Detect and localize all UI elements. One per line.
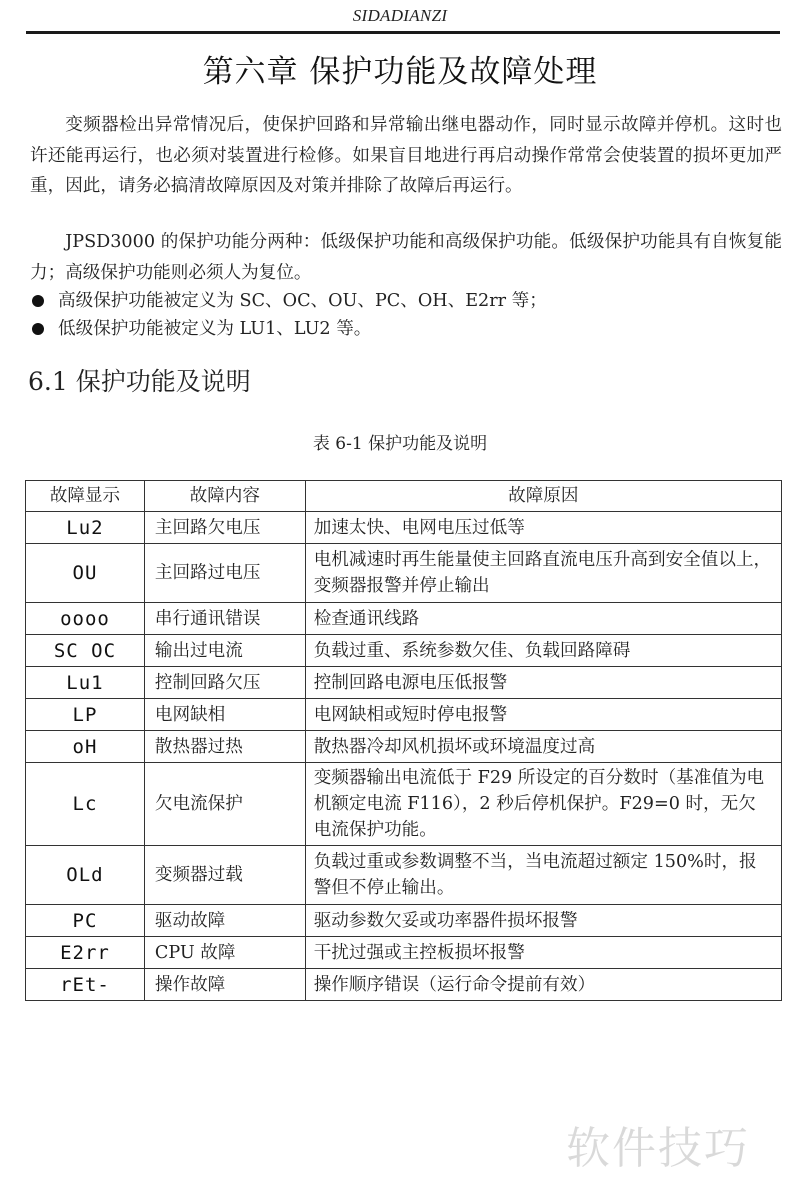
fault-content: 电网缺相: [144, 699, 305, 731]
bullet-icon: [32, 323, 44, 335]
fault-content: 散热器过热: [144, 731, 305, 763]
table-row: oH 散热器过热 散热器冷却风机损坏或环境温度过高: [26, 731, 782, 763]
fault-reason: 电机减速时再生能量使主回路直流电压升高到安全值以上，变频器报警并停止输出: [305, 544, 781, 603]
fault-code: OU: [26, 544, 145, 603]
protection-level-list: 高级保护功能被定义为 SC、OC、OU、PC、OH、E2rr 等； 低级保护功能…: [30, 287, 782, 343]
header-fault-display: 故障显示: [26, 481, 145, 512]
fault-code: Lu1: [26, 667, 145, 699]
fault-reason: 变频器输出电流低于 F29 所设定的百分数时（基准值为电机额定电流 F116），…: [305, 763, 781, 846]
fault-code: rEt-: [26, 969, 145, 1001]
table-row: E2rr CPU 故障 干扰过强或主控板损坏报警: [26, 937, 782, 969]
fault-reason: 检查通讯线路: [305, 603, 781, 635]
list-item: 低级保护功能被定义为 LU1、LU2 等。: [30, 315, 782, 343]
fault-content: 驱动故障: [144, 905, 305, 937]
table-row: rEt- 操作故障 操作顺序错误（运行命令提前有效）: [26, 969, 782, 1001]
fault-code: PC: [26, 905, 145, 937]
fault-content: 欠电流保护: [144, 763, 305, 846]
section-title: 6.1 保护功能及说明: [28, 362, 251, 398]
header-fault-reason: 故障原因: [305, 481, 781, 512]
fault-content: 串行通讯错误: [144, 603, 305, 635]
fault-content: 变频器过载: [144, 846, 305, 905]
table-row: Lu2 主回路欠电压 加速太快、电网电压过低等: [26, 512, 782, 544]
bullet-text: 高级保护功能被定义为 SC、OC、OU、PC、OH、E2rr 等；: [58, 287, 547, 315]
fault-code: oooo: [26, 603, 145, 635]
table-row: OLd 变频器过载 负载过重或参数调整不当，当电流超过额定 150%时，报警但不…: [26, 846, 782, 905]
list-item: 高级保护功能被定义为 SC、OC、OU、PC、OH、E2rr 等；: [30, 287, 782, 315]
fault-code: LP: [26, 699, 145, 731]
header-fault-content: 故障内容: [144, 481, 305, 512]
table-row: Lc 欠电流保护 变频器输出电流低于 F29 所设定的百分数时（基准值为电机额定…: [26, 763, 782, 846]
bullet-text: 低级保护功能被定义为 LU1、LU2 等。: [58, 315, 371, 343]
watermark: 软件技巧: [566, 1112, 750, 1176]
table-row: SC OC 输出过电流 负载过重、系统参数欠佳、负载回路障碍: [26, 635, 782, 667]
fault-reason: 控制回路电源电压低报警: [305, 667, 781, 699]
fault-reason: 负载过重或参数调整不当，当电流超过额定 150%时，报警但不停止输出。: [305, 846, 781, 905]
fault-content: CPU 故障: [144, 937, 305, 969]
table-row: LP 电网缺相 电网缺相或短时停电报警: [26, 699, 782, 731]
fault-reason: 电网缺相或短时停电报警: [305, 699, 781, 731]
header-rule: [26, 31, 780, 34]
intro-paragraph: 变频器检出异常情况后，使保护回路和异常输出继电器动作，同时显示故障并停机。这时也…: [30, 110, 782, 202]
fault-reason: 加速太快、电网电压过低等: [305, 512, 781, 544]
fault-table: 故障显示 故障内容 故障原因 Lu2 主回路欠电压 加速太快、电网电压过低等 O…: [25, 480, 782, 1001]
table-row: oooo 串行通讯错误 检查通讯线路: [26, 603, 782, 635]
chapter-title: 第六章 保护功能及故障处理: [0, 46, 800, 91]
fault-reason: 干扰过强或主控板损坏报警: [305, 937, 781, 969]
fault-content: 主回路过电压: [144, 544, 305, 603]
fault-reason: 驱动参数欠妥或功率器件损坏报警: [305, 905, 781, 937]
fault-content: 操作故障: [144, 969, 305, 1001]
fault-code: SC OC: [26, 635, 145, 667]
protection-types-paragraph: JPSD3000 的保护功能分两种：低级保护功能和高级保护功能。低级保护功能具有…: [30, 227, 782, 288]
fault-reason: 负载过重、系统参数欠佳、负载回路障碍: [305, 635, 781, 667]
table-caption: 表 6-1 保护功能及说明: [0, 429, 800, 454]
fault-code: Lu2: [26, 512, 145, 544]
table-row: OU 主回路过电压 电机减速时再生能量使主回路直流电压升高到安全值以上，变频器报…: [26, 544, 782, 603]
fault-content: 输出过电流: [144, 635, 305, 667]
fault-code: Lc: [26, 763, 145, 846]
fault-content: 控制回路欠压: [144, 667, 305, 699]
table-header-row: 故障显示 故障内容 故障原因: [26, 481, 782, 512]
bullet-icon: [32, 295, 44, 307]
fault-code: E2rr: [26, 937, 145, 969]
fault-reason: 操作顺序错误（运行命令提前有效）: [305, 969, 781, 1001]
running-header: SIDADIANZI: [0, 6, 800, 26]
fault-code: OLd: [26, 846, 145, 905]
fault-reason: 散热器冷却风机损坏或环境温度过高: [305, 731, 781, 763]
fault-code: oH: [26, 731, 145, 763]
table-row: PC 驱动故障 驱动参数欠妥或功率器件损坏报警: [26, 905, 782, 937]
table-row: Lu1 控制回路欠压 控制回路电源电压低报警: [26, 667, 782, 699]
fault-content: 主回路欠电压: [144, 512, 305, 544]
